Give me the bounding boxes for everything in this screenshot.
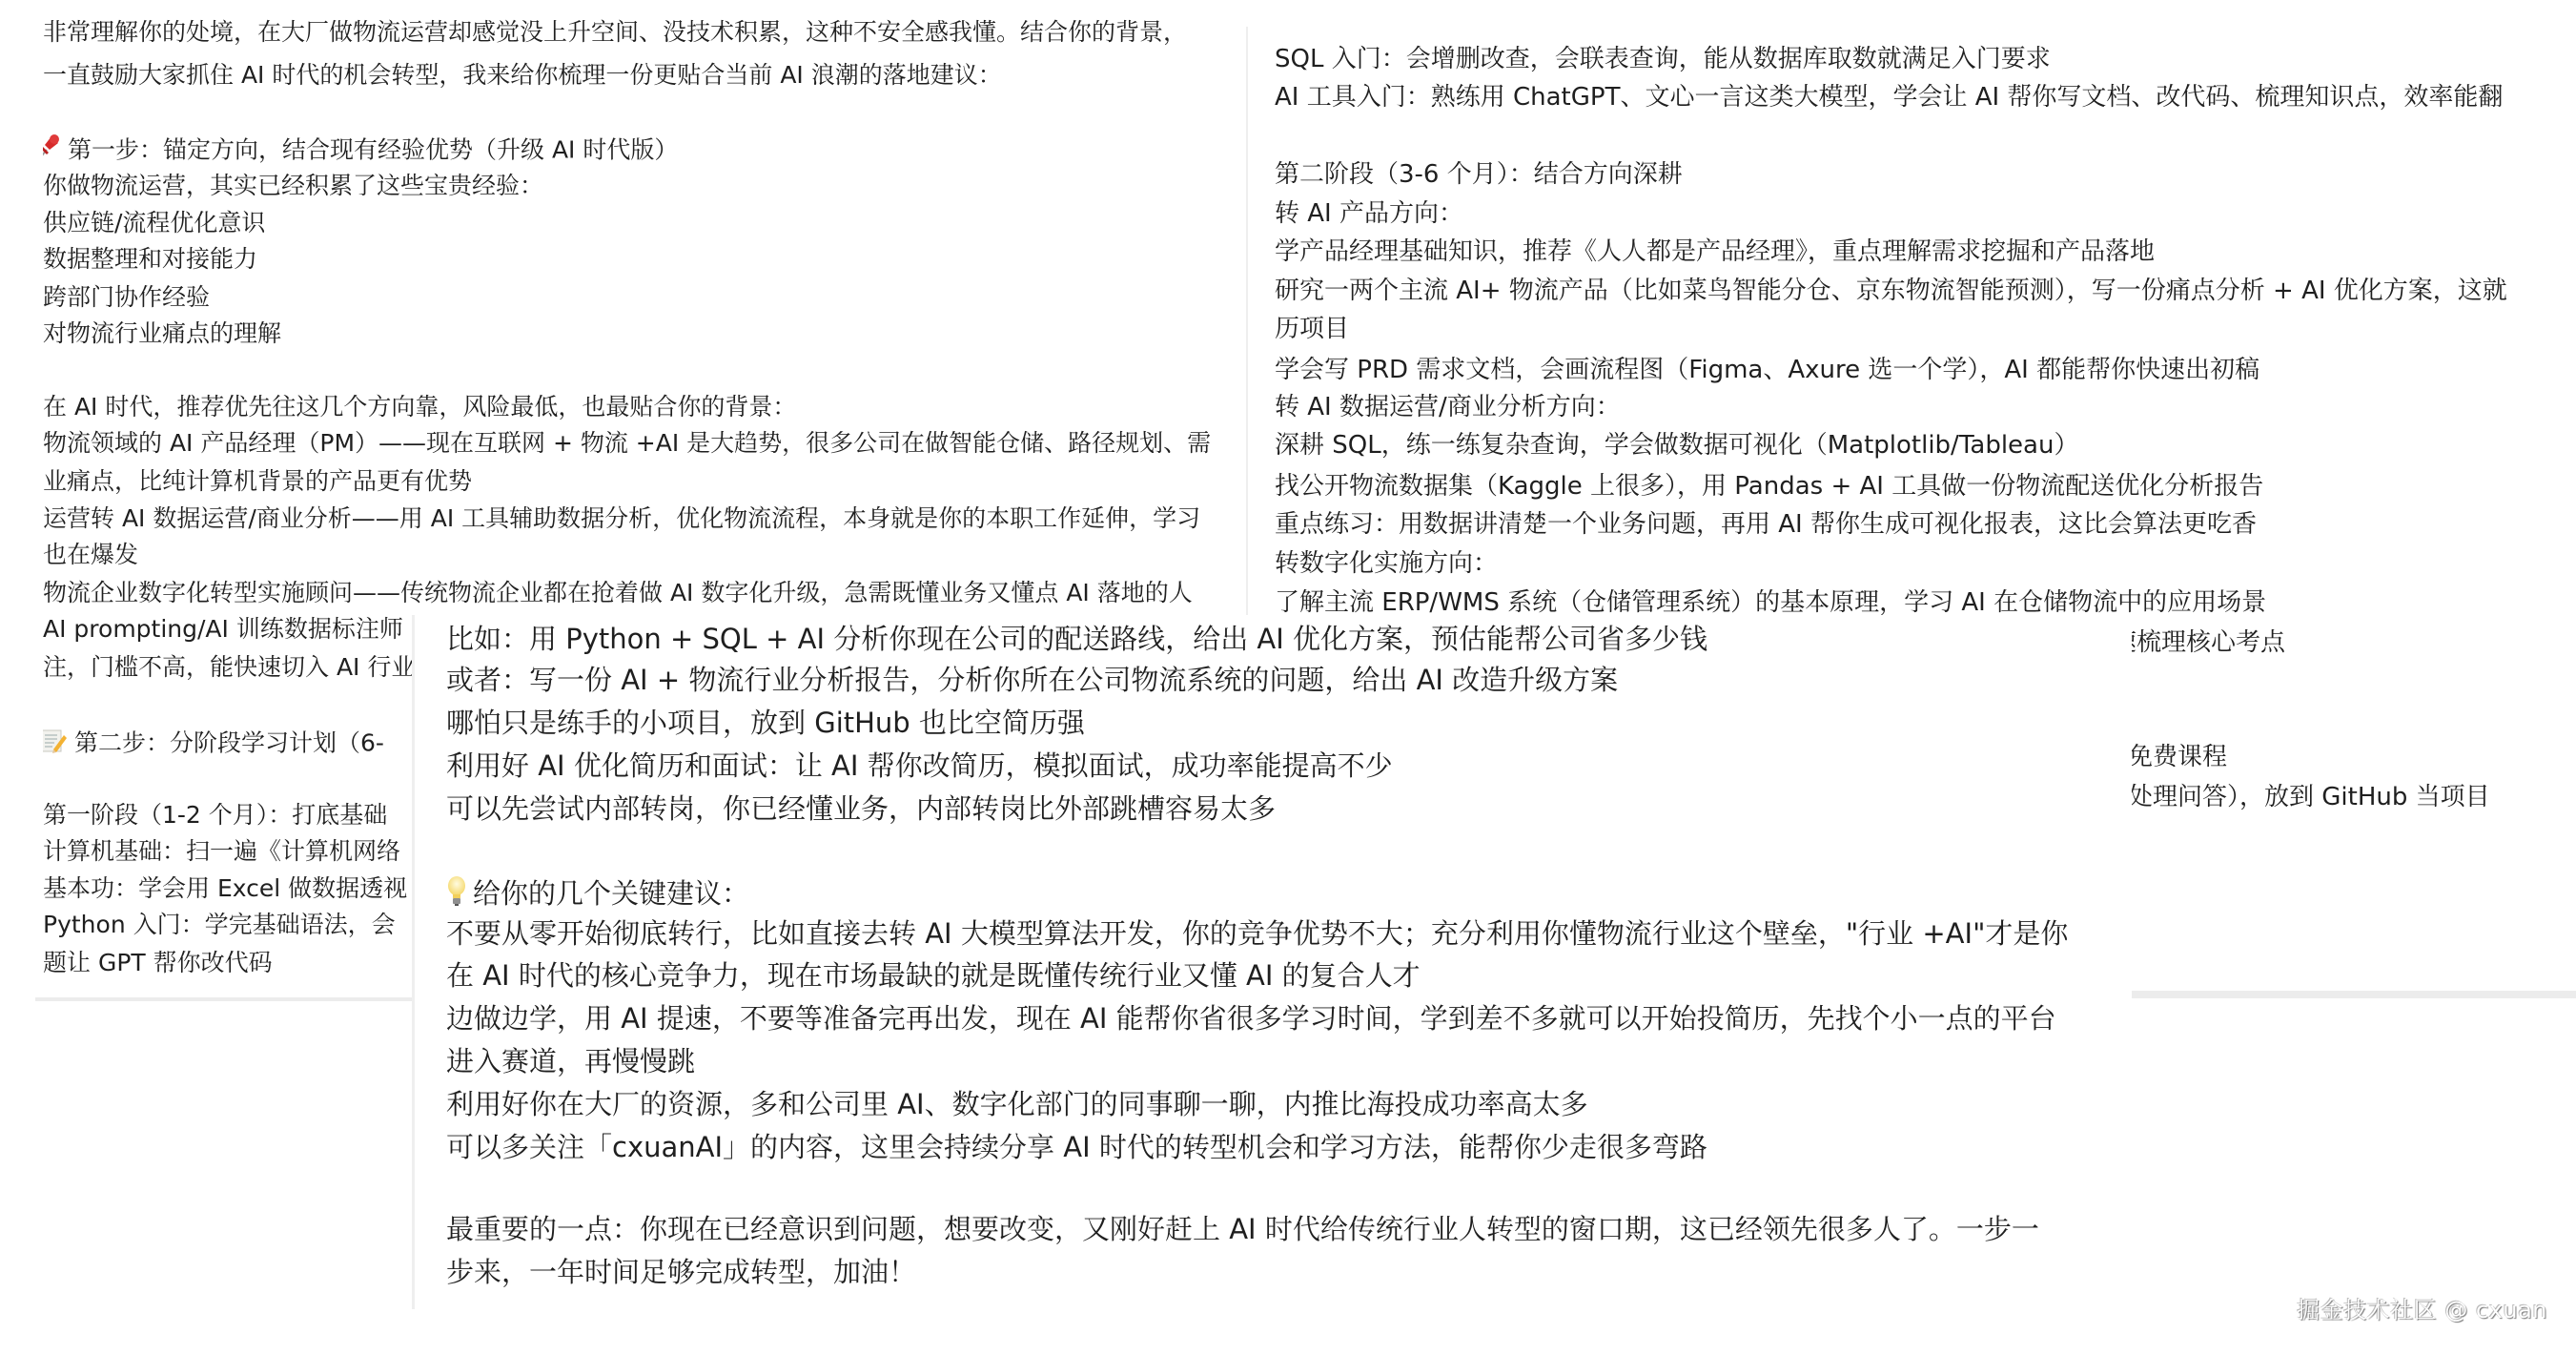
text-line: 也在爆发	[43, 541, 138, 569]
list-item: 利用好 AI 优化简历和面试：让 AI 帮你改简历，模拟面试，成功率能提高不少	[446, 749, 1393, 783]
text-line: 注，门槛不高，能快速切入 AI 行业	[43, 653, 415, 682]
text-line: 转 AI 产品方向：	[1275, 198, 1463, 229]
list-item: 深耕 SQL，练一练复杂查询，学会做数据可视化（Matplotlib/Table…	[1275, 430, 2078, 461]
text-line: 你做物流运营，其实已经积累了这些宝贵经验：	[43, 172, 543, 200]
list-item: 或者：写一份 AI + 物流行业分析报告，分析你所在公司物流系统的问题，给出 A…	[446, 663, 1618, 697]
list-item: 不要从零开始彻底转行，比如直接去转 AI 大模型算法开发，你的竞争优势不大；充分…	[446, 916, 2068, 951]
list-item: 研究一两个主流 AI+ 物流产品（比如菜鸟智能分仓、京东物流智能预测），写一份痛…	[1275, 276, 2507, 306]
text-line: 一直鼓励大家抓住 AI 时代的机会转型，我来给你梳理一份更贴合当前 AI 浪潮的…	[43, 61, 1002, 90]
list-item: 数据整理和对接能力	[43, 245, 257, 274]
step1-heading-text: 第一步：锚定方向，结合现有经验优势（升级 AI 时代版）	[68, 136, 678, 164]
list-item: 找公开物流数据集（Kaggle 上很多），用 Pandas + AI 工具做一份…	[1275, 471, 2263, 502]
tips-heading-text: 给你的几个关键建议：	[473, 877, 749, 910]
list-item: 计算机基础：扫一遍《计算机网络	[43, 837, 400, 866]
list-item: 可以多关注「cxuanAI」的内容，这里会持续分享 AI 时代的转型机会和学习方…	[446, 1130, 1707, 1164]
list-item: 学产品经理基础知识，推荐《人人都是产品经理》，重点理解需求挖掘和产品落地	[1275, 236, 2155, 267]
text-line: 历项目	[1275, 314, 1349, 344]
step1-heading: 第一步：锚定方向，结合现有经验优势（升级 AI 时代版）	[43, 133, 678, 169]
step2-heading-text: 第二步：分阶段学习计划（6-	[74, 729, 384, 757]
list-item: Python 入门：学完基础语法，会	[43, 911, 396, 939]
list-item: 了解主流 ERP/WMS 系统（仓储管理系统）的基本原理，学习 AI 在仓储物流…	[1275, 587, 2266, 618]
list-item: 供应链/流程优化意识	[43, 209, 265, 237]
conclusion-line: 步来，一年时间足够完成转型，加油！	[446, 1255, 916, 1289]
list-item: AI 工具入门：熟练用 ChatGPT、文心一言这类大模型，学会让 AI 帮你写…	[1275, 82, 2503, 113]
list-item: SQL 入门：会增删改查，会联表查询，能从数据库取数就满足入门要求	[1275, 44, 2051, 74]
list-item: 利用好你在大厂的资源，多和公司里 AI、数字化部门的同事聊一聊，内推比海投成功率…	[446, 1087, 1588, 1121]
list-item: 重点练习：用数据讲清楚一个业务问题，再用 AI 帮你生成可视化报表，这比会算法更…	[1275, 509, 2257, 540]
list-item: 对物流行业痛点的理解	[43, 319, 281, 348]
list-item: 物流领域的 AI 产品经理（PM）——现在互联网 + 物流 +AI 是大趋势，很…	[43, 429, 1211, 458]
section-heading: 第二阶段（3-6 个月）：结合方向深耕	[1275, 159, 1683, 190]
text-line: 在 AI 时代的核心竞争力，现在市场最缺的就是既懂传统行业又懂 AI 的复合人才	[446, 958, 1421, 993]
text-line: 在 AI 时代，推荐优先往这几个方向靠，风险最低，也最贴合你的背景：	[43, 393, 796, 421]
list-item: 学会写 PRD 需求文档，会画流程图（Figma、Axure 选一个学），AI …	[1275, 355, 2259, 385]
list-item: 处理问答），放到 GitHub 当项目	[2128, 782, 2490, 812]
pushpin-icon	[43, 133, 60, 169]
list-item: 哪怕只是练手的小项目，放到 GitHub 也比空简历强	[446, 706, 1085, 740]
text-line: 第一阶段（1-2 个月）：打底基础	[43, 801, 387, 830]
list-item: 比如：用 Python + SQL + AI 分析你现在公司的配送路线，给出 A…	[446, 622, 1707, 656]
text-line: 非常理解你的处境，在大厂做物流运营却感觉没上升空间、没技术积累，这种不安全感我懂…	[43, 18, 1187, 47]
memo-icon	[43, 727, 67, 762]
list-item: 运营转 AI 数据运营/商业分析——用 AI 工具辅助数据分析，优化物流流程，本…	[43, 504, 1200, 533]
tips-heading: 给你的几个关键建议：	[446, 875, 749, 915]
list-item: AI prompting/AI 训练数据标注师	[43, 615, 403, 644]
overlay-screenshot-panel: 比如：用 Python + SQL + AI 分析你现在公司的配送路线，给出 A…	[412, 615, 2132, 1309]
right-panel-divider	[2131, 991, 2576, 998]
text-line: 转数字化实施方向：	[1275, 548, 1498, 579]
step2-heading: 第二步：分阶段学习计划（6-	[43, 727, 384, 762]
overlay-panel-content: 比如：用 Python + SQL + AI 分析你现在公司的配送路线，给出 A…	[446, 615, 2124, 1309]
conclusion-line: 最重要的一点：你现在已经意识到问题，想要改变，又刚好赶上 AI 时代给传统行业人…	[446, 1212, 2039, 1246]
list-item: 边做边学，用 AI 提速，不要等准备完再出发，现在 AI 能帮你省很多学习时间，…	[446, 1001, 2056, 1036]
list-item: 物流企业数字化转型实施顾问——传统物流企业都在抢着做 AI 数字化升级，急需既懂…	[43, 579, 1193, 607]
text-line: 题让 GPT 帮你改代码	[43, 949, 273, 977]
text-line: 转 AI 数据运营/商业分析方向：	[1275, 392, 1621, 422]
text-line: 进入赛道，再慢慢跳	[446, 1044, 695, 1078]
list-item: 基本功：学会用 Excel 做数据透视	[43, 874, 407, 903]
list-item: 免费课程	[2128, 742, 2227, 772]
list-item: 跨部门协作经验	[43, 283, 210, 312]
list-item: 可以先尝试内部转岗，你已经懂业务，内部转岗比外部跳槽容易太多	[446, 791, 1276, 826]
lightbulb-icon	[446, 875, 467, 915]
text-line: 业痛点，比纯计算机背景的产品更有优势	[43, 467, 472, 496]
watermark: 掘金技术社区 @ cxuan	[2297, 1291, 2547, 1324]
